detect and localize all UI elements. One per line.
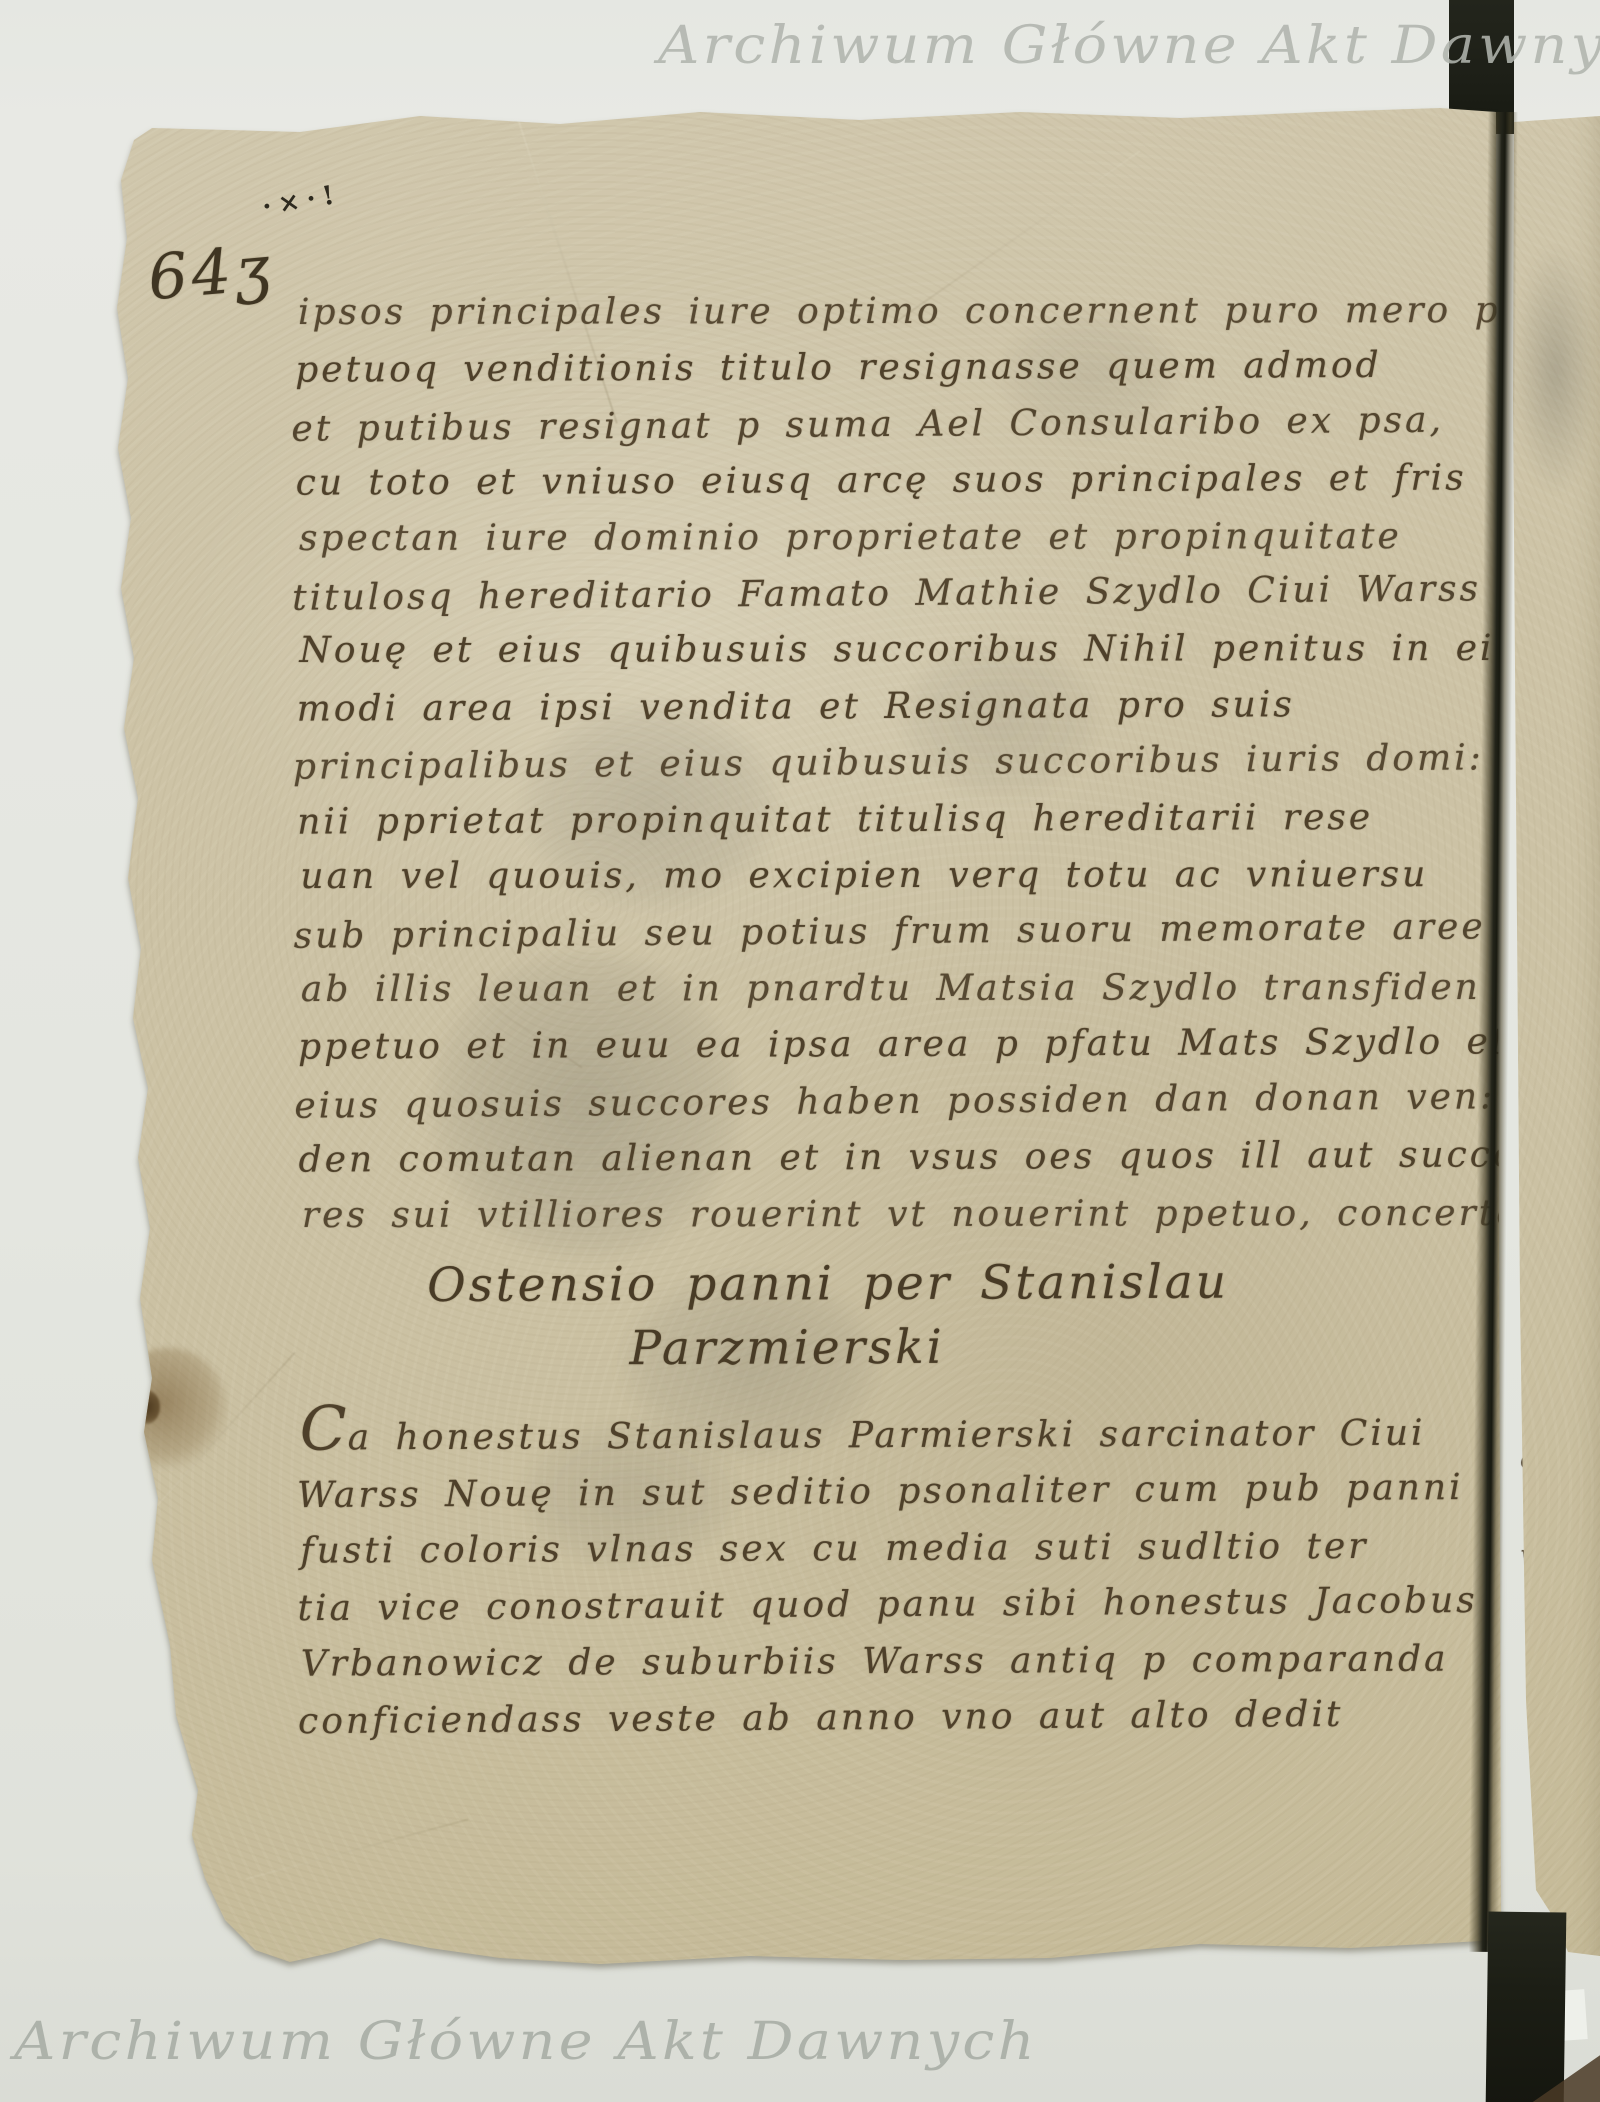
manuscript-line: spectan iure dominio proprietate et prop… [299,509,1494,567]
manuscript-line: Ca honestus Stanislaus Parmierski sarcin… [300,1396,1495,1467]
manuscript-line: uan vel quouis, mo excipien verq totu ac… [300,847,1495,905]
manuscript-line: den comutan alienan et in vsus oes quos … [299,1127,1494,1189]
manuscript-line: Vrbanowicz de suburbiis Warss antiq p co… [301,1631,1496,1693]
edge-stain-core [134,1390,160,1424]
manuscript-line: sub principaliu seu potius frum suoru me… [293,900,1488,966]
paragraph-resignation: ipsos principales iure optimo concernent… [295,281,1494,1245]
manuscript-line: eius quosuis succores haben possiden dan… [294,1069,1489,1135]
manuscript-text: ipsos principales iure optimo concernent… [295,281,1496,1749]
manuscript-line: principalibus et eius quibusuis succorib… [293,731,1488,797]
manuscript-line: Warss Nouę in sut seditio psonaliter cum… [297,1460,1492,1525]
entry-heading-line1: Ostensio panni per Stanislau [427,1248,1494,1319]
folio-number: 64ʒ [145,231,277,315]
manuscript-line: ipsos principales iure optimo concernent… [298,283,1493,341]
manuscript-line: ppetuo et in euu ea ipsa area p pfatu Ma… [298,1015,1493,1077]
manuscript-line: res sui vtilliores rouerint vt nouerint … [302,1185,1497,1243]
manuscript-scan: it pa rs pr no ill esti La iu na va se, … [0,0,1600,2102]
entry-heading-line2: Parzmierski [629,1314,1494,1380]
manuscript-line: fusti coloris vlnas sex cu media suti su… [300,1518,1495,1580]
manuscript-parchment: 64ʒ ·×·! ipsos principales iure optimo c… [0,0,1600,2102]
manuscript-line: ab illis leuan et in pnardtu Matsia Szyd… [301,960,1496,1018]
manuscript-line: conficiendass veste ab anno vno aut alto… [298,1686,1493,1751]
binding-ribbon-bottom [1486,1911,1567,2102]
manuscript-line: tia vice conostrauit quod panu sibi hone… [297,1573,1492,1638]
manuscript-line: Nouę et eius quibusuis succoribus Nihil … [299,621,1494,679]
manuscript-line: petuoq venditionis titulo resignasse que… [295,338,1490,400]
manuscript-line: et putibus resignat p suma Ael Consulari… [291,392,1486,458]
manuscript-line: cu toto et vniuso eiusq arcę suos princi… [296,451,1491,513]
paragraph-ostensio: Ca honestus Stanislaus Parmierski sarcin… [300,1396,1497,1749]
manuscript-line: nii pprietat propinquitat titulisq hered… [297,789,1492,851]
manuscript-page: 64ʒ ·×·! ipsos principales iure optimo c… [0,0,1600,2102]
manuscript-line: titulosq hereditario Famato Mathie Szydl… [292,561,1487,627]
manuscript-line: modi area ipsi vendita et Resignata pro … [297,676,1492,738]
edge-stain [118,1348,228,1468]
